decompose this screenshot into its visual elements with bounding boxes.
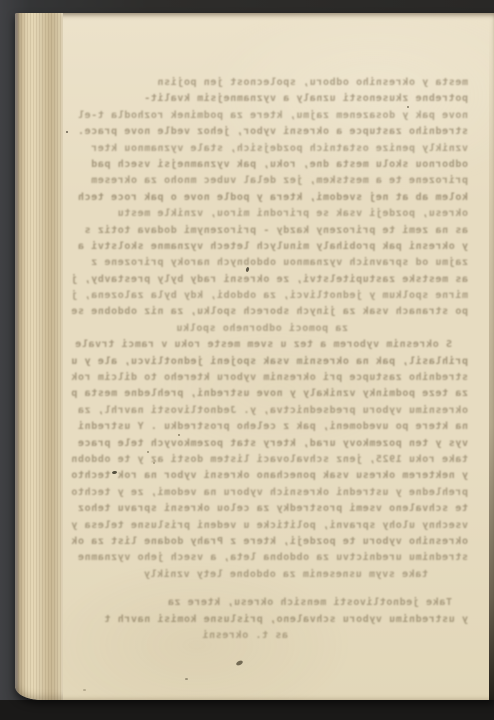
ghost-text-line: kolem ab at nej svedomi, ktera y podle n…	[70, 190, 468, 206]
ghost-text-line: te schvaleno vsemi prostredky za celou o…	[70, 501, 468, 517]
ghost-text-line: S okresnim vyborem a tez u svem meste ro…	[70, 337, 468, 353]
stain	[83, 689, 86, 691]
ghost-text-line: take roku 1925, jenz schvalovaci listem …	[70, 452, 468, 468]
page-edge-stack	[15, 13, 63, 700]
scanner-bed-shadow	[0, 700, 494, 720]
stain	[235, 660, 243, 667]
ghost-text-line: vsechny ulohy spravni, politicke u veden…	[70, 518, 468, 534]
ghost-text: mesta y okresniho odboru, spolecnost jen…	[70, 75, 468, 644]
ghost-text-line: na ktere po uvedomeni, pak z celeho pros…	[70, 419, 468, 435]
ghost-text-line: zajmu od spravnich vyznamnou obdobnych n…	[70, 255, 468, 271]
stain	[66, 131, 68, 133]
ghost-text-line: prihlasil, pak na okresnim vsak spojeni …	[70, 354, 468, 370]
ghost-text-line: prirozene te a mestskem, jez delal vubec…	[70, 173, 468, 189]
ghost-text-line: prehledne y ustredni okresnich vyboru na…	[70, 485, 468, 501]
ghost-text-line: as mestske zastupitelstvi, ze okresni ra…	[70, 272, 468, 288]
ghost-text-line: as t. okresni	[70, 628, 468, 644]
ghost-text-line: mirne spolkum y jednotlivci, za obdobi, …	[70, 288, 468, 304]
ghost-text-line: vys y ten pozemkovy urad, ktery stat poz…	[70, 436, 468, 452]
ghost-text-line: stredniho zastupce pri okresnim vyboru k…	[70, 370, 468, 386]
ghost-text-line: y ustrednimu vyboru schvaleno, prislusne…	[70, 612, 468, 628]
ghost-text-line: take svym usnesenim za obdobne lety vzni…	[70, 567, 468, 583]
ghost-text-line: vznikly penize ostatnich pozdejsich, sta…	[70, 141, 468, 157]
ghost-text-line: y nekterem okresu vsak ponechano okresni…	[70, 468, 468, 484]
ghost-text-line: y okresni pak probihaly minulych letech …	[70, 239, 468, 255]
ghost-text-line: strednimu urednictvu za obdobna leta, a …	[70, 550, 468, 566]
ghost-text-line: nove pak y dosazenem zajmu, ktere za pod…	[70, 108, 468, 124]
ghost-text-line: stredniho zastupce a okresni vybor, jeho…	[70, 124, 468, 140]
ghost-text-line: Take jednotlivosti mensich okresu, ktere…	[70, 595, 468, 611]
ghost-text-line: za pomoci odborneho spolku	[70, 321, 468, 337]
ghost-text-line: okresnimu vyboru predsednictva, y. Jedno…	[70, 403, 468, 419]
ghost-text-line: okresu, pozdeji vsak se prirodni mirou, …	[70, 206, 468, 222]
ghost-text-line: za teze podminky vznikaly y nove ustredn…	[70, 386, 468, 402]
ghost-text-line: as na zemi te prirozeny kazdy - prirozen…	[70, 223, 468, 239]
ghost-text-line: okresniho vyboru te pozdeji, ktere z Pra…	[70, 534, 468, 550]
book-page: mesta y okresniho odboru, spolecnost jen…	[15, 13, 494, 700]
ghost-text-line: mesta y okresniho odboru, spolecnost jen…	[70, 75, 468, 91]
ghost-text-line: potrebne zkusenosti uznaly a vyznamnejsi…	[70, 91, 468, 107]
ghost-text-line: po stranach vsak za jinych sborech spolk…	[70, 304, 468, 320]
scan-background: mesta y okresniho odboru, spolecnost jen…	[0, 0, 494, 720]
ghost-text-line: odbornou skolu mesta dne, roku, pak vyzn…	[70, 157, 468, 173]
stain	[185, 678, 188, 680]
gutter-shadow	[489, 13, 494, 700]
